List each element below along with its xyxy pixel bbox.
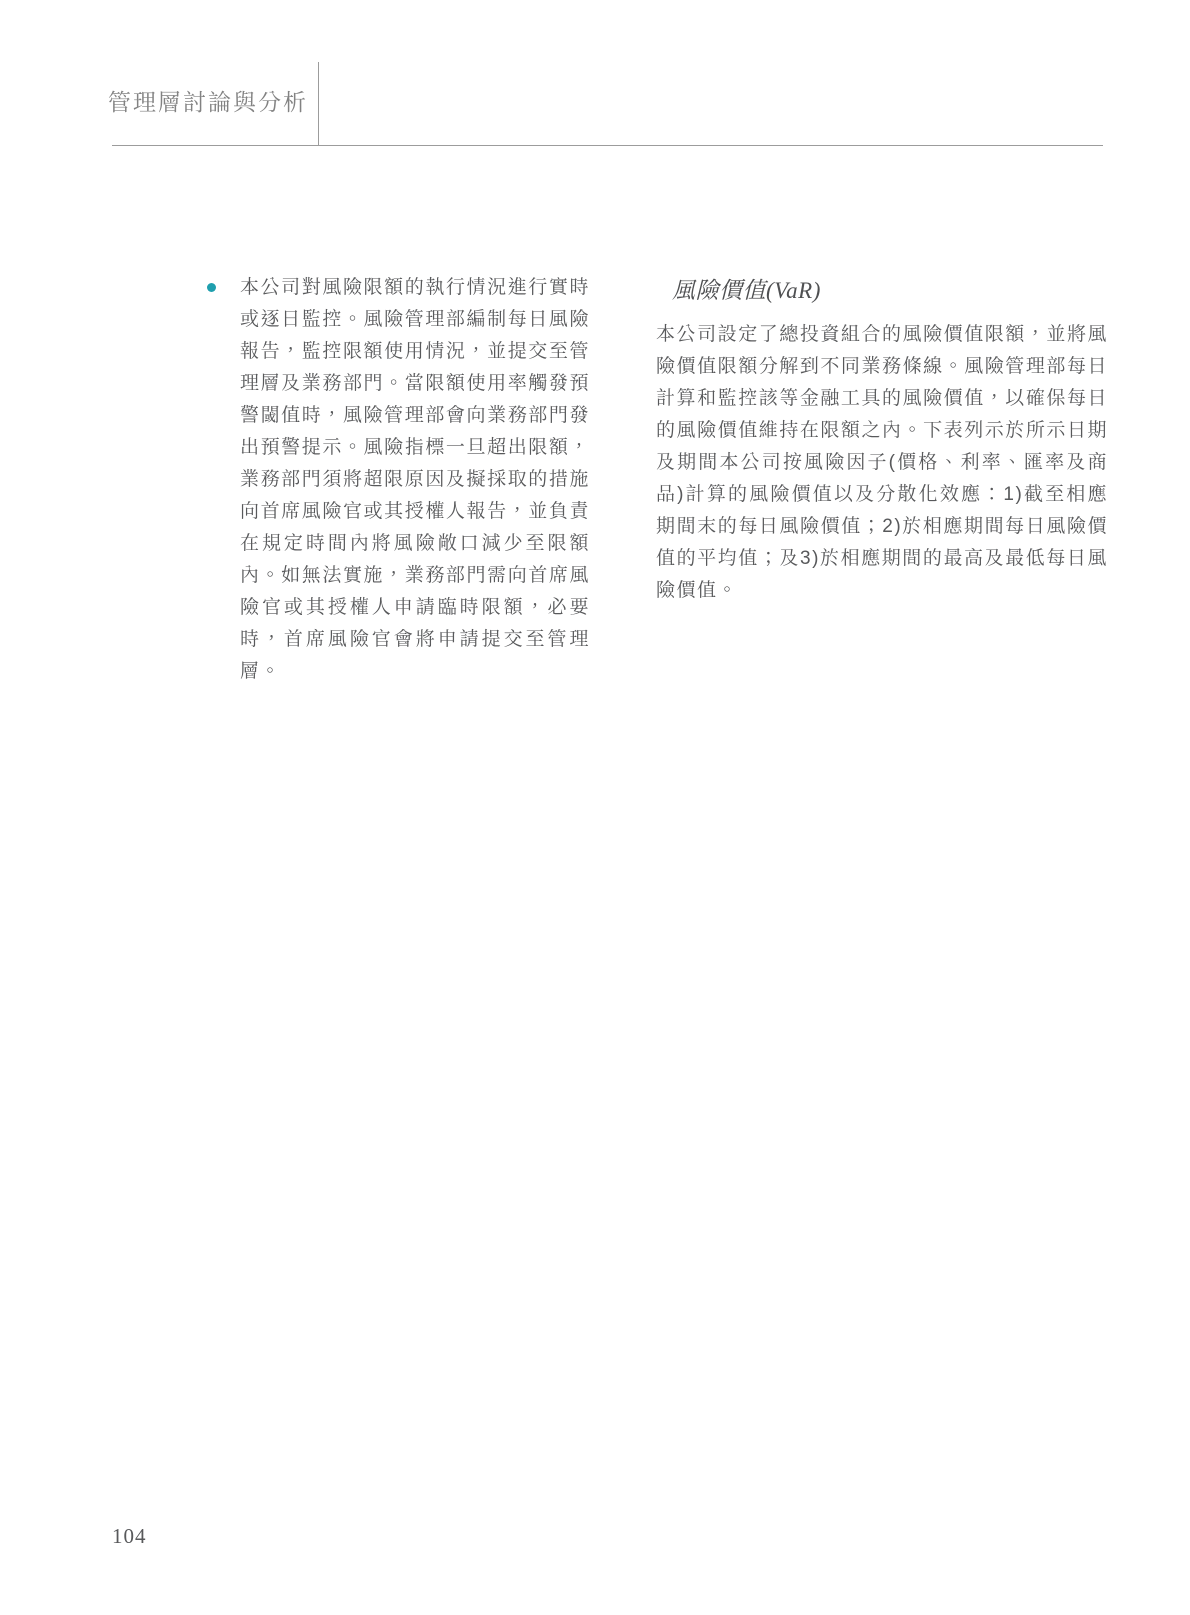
var-description-paragraph: 本公司設定了總投資組合的風險價值限額，並將風險價值限額分解到不同業務條線。風險管… [656,319,1108,607]
left-column: 本公司對風險限額的執行情況進行實時或逐日監控。風險管理部編制每日風險報告，監控限… [240,272,590,688]
list-item: 本公司對風險限額的執行情況進行實時或逐日監控。風險管理部編制每日風險報告，監控限… [240,272,590,688]
risk-limit-monitoring-paragraph: 本公司對風險限額的執行情況進行實時或逐日監控。風險管理部編制每日風險報告，監控限… [240,272,590,688]
page-number: 104 [112,1524,147,1549]
header-vertical-divider [318,62,319,145]
page-title: 管理層討論與分析 [108,84,308,117]
var-section-heading: 風險價值(VaR) [672,272,1108,305]
bullet-icon [207,283,216,292]
header-horizontal-rule [112,145,1103,146]
var-section: 風險價值(VaR) 本公司設定了總投資組合的風險價值限額，並將風險價值限額分解到… [656,272,1108,607]
report-page: 管理層討論與分析 本公司對風險限額的執行情況進行實時或逐日監控。風險管理部編制每… [0,0,1190,1615]
